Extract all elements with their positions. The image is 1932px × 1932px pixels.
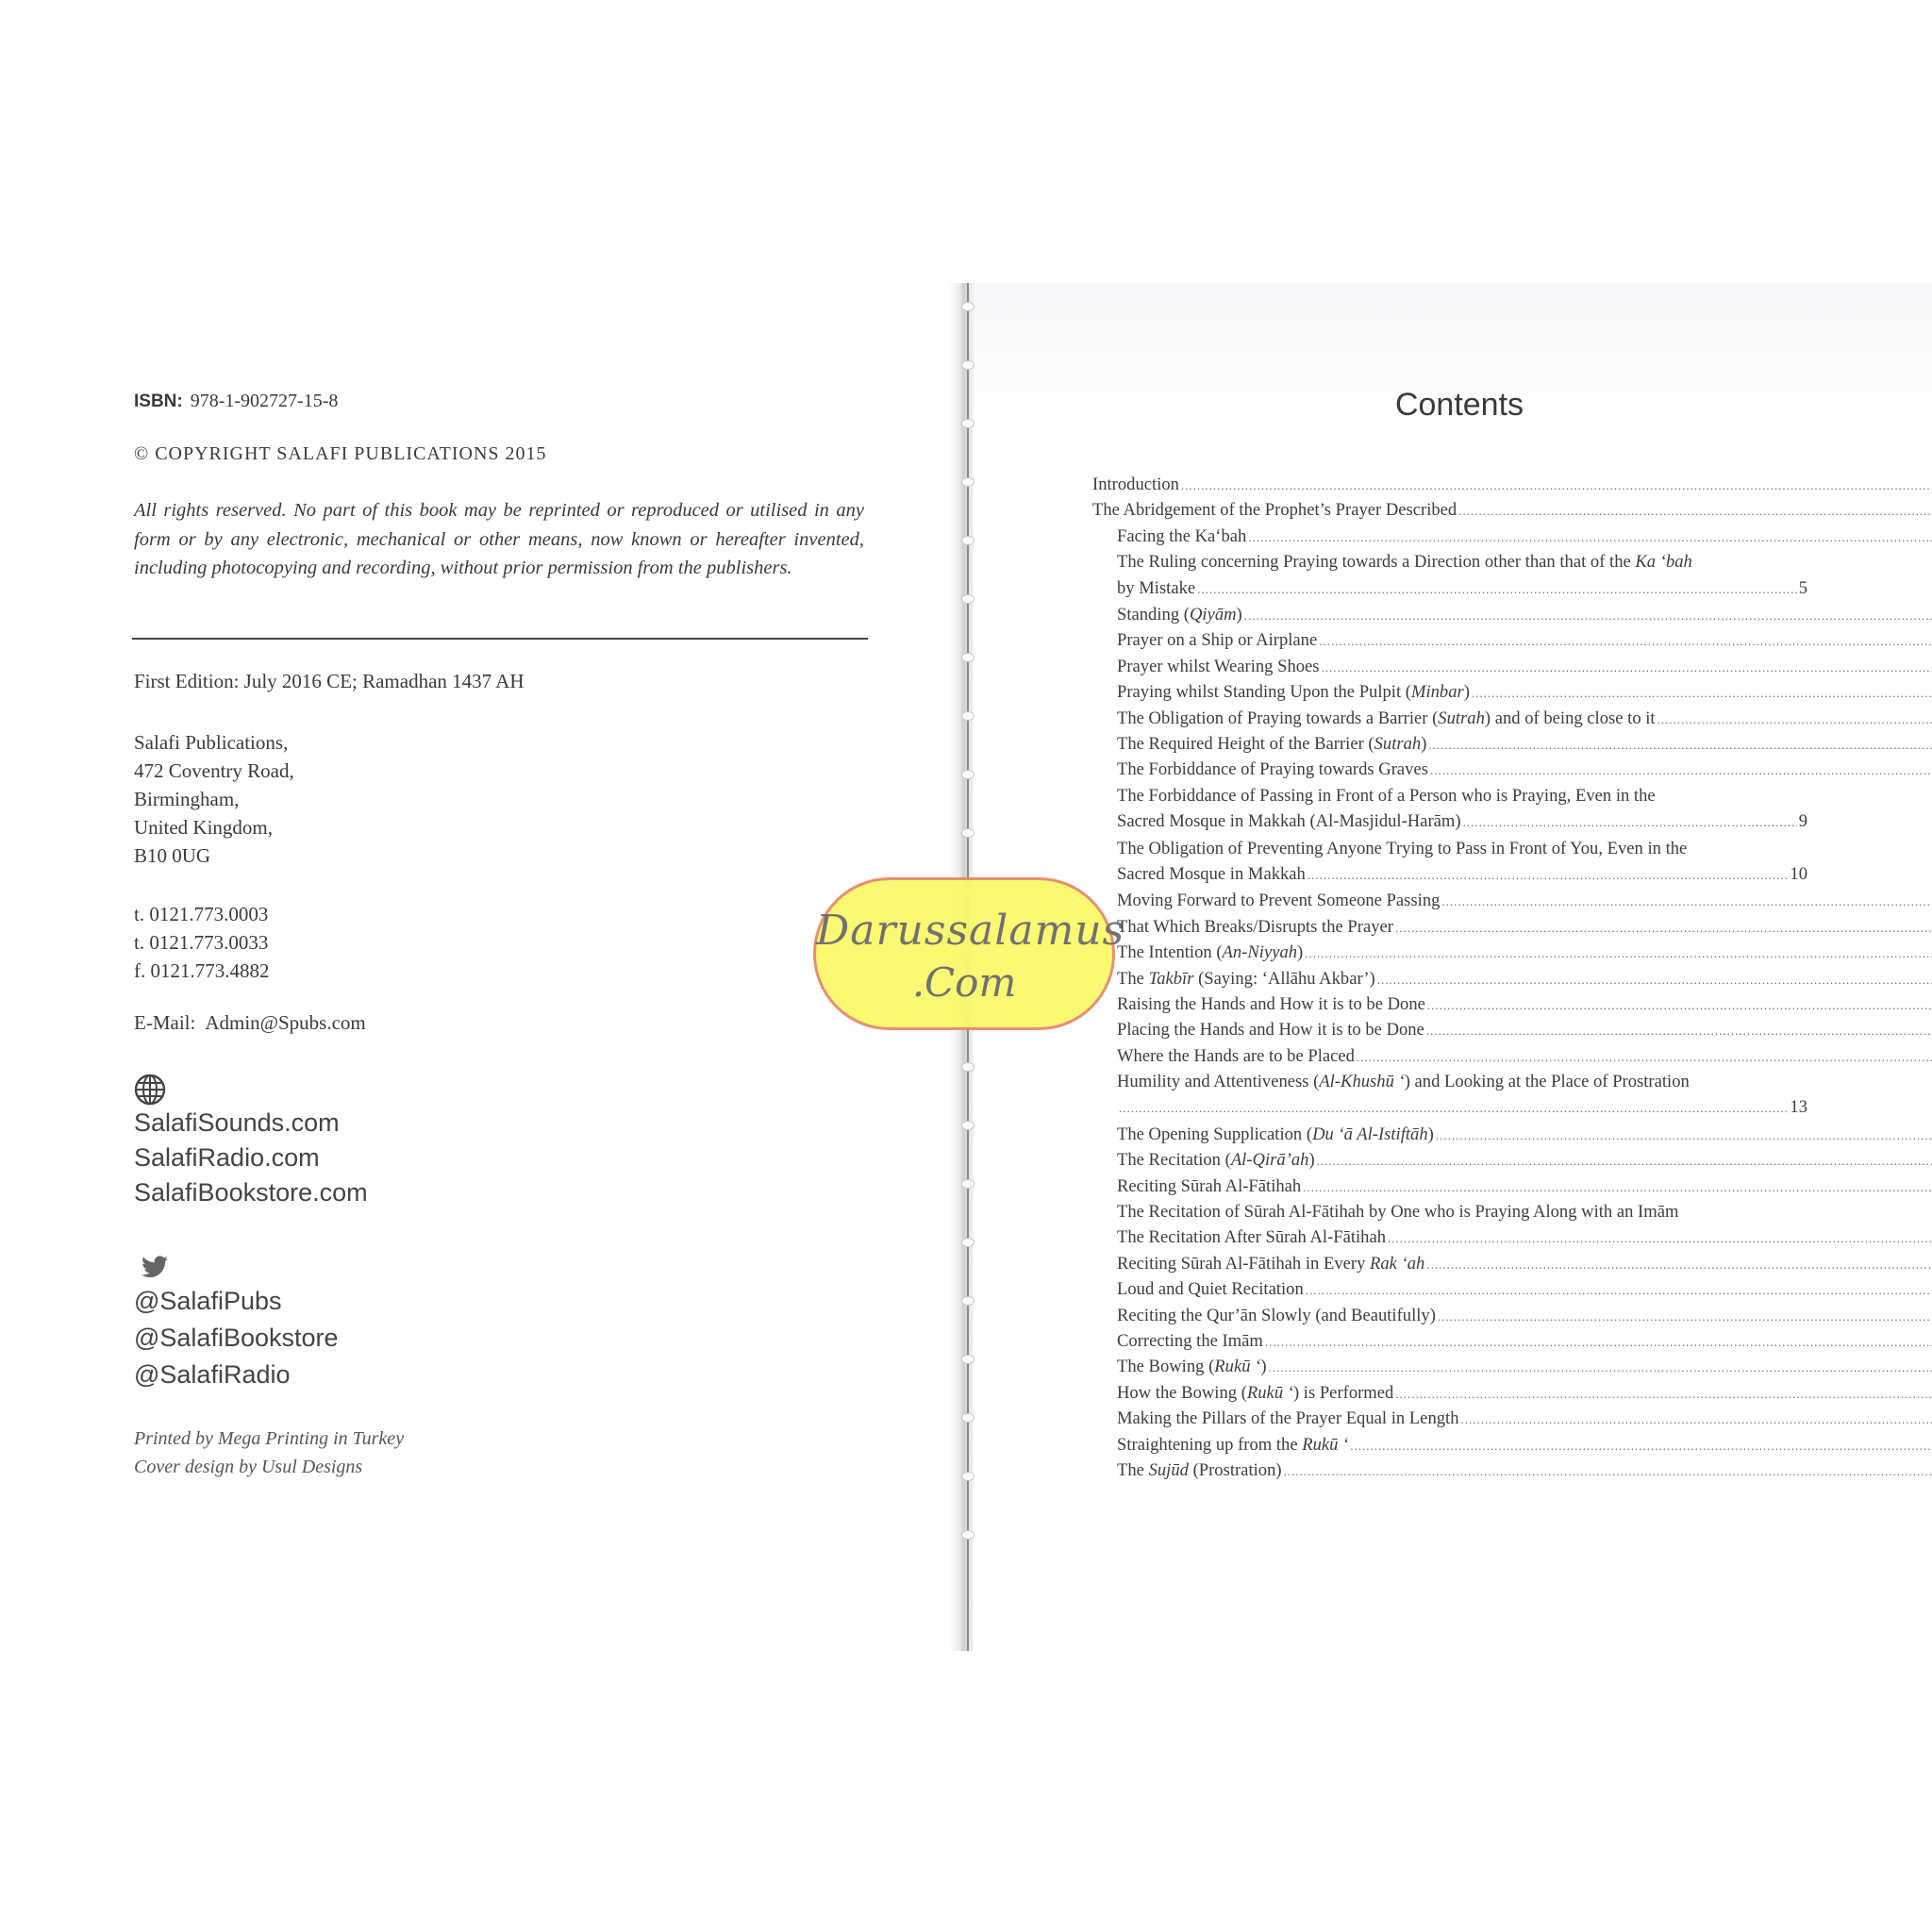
dot-leader	[1357, 1044, 1932, 1070]
toc-entry[interactable]: Where the Hands are to be Placed13	[1092, 1043, 1807, 1069]
binding-stitch	[961, 1121, 974, 1130]
toc-entry[interactable]: Placing the Hands and How it is to be Do…	[1092, 1017, 1807, 1042]
toc-entry-title: The Takbīr (Saying: ‘Allāhu Akbar’)	[1117, 966, 1375, 991]
toc-entry[interactable]: Straightening up from the Rukū ‘20	[1092, 1432, 1807, 1457]
dot-leader	[1317, 1148, 1932, 1174]
dot-leader	[1657, 707, 1932, 732]
toc-entry-title: Loud and Quiet Recitation	[1117, 1276, 1304, 1302]
watermark-badge: Darussalamus .Com	[813, 877, 1115, 1030]
dot-leader	[1428, 732, 1932, 758]
dot-leader	[1319, 628, 1932, 654]
twitter-bird-icon	[142, 1255, 168, 1279]
toc-entry-title: Reciting Sūrah Al-Fātihah	[1117, 1174, 1301, 1199]
dot-leader	[1377, 967, 1932, 992]
toc-entry[interactable]: Raising the Hands and How it is to be Do…	[1092, 991, 1807, 1017]
binding-stitch	[961, 302, 974, 311]
divider-rule	[132, 638, 868, 640]
dot-leader	[1244, 603, 1932, 628]
toc-entry-title: The Recitation of Sūrah Al-Fātihah by On…	[1117, 1199, 1678, 1224]
toc-entry-title: The Intention (An-Niyyah)	[1117, 940, 1303, 965]
toc-entry-title: Humility and Attentiveness (Al-Khushū ‘)…	[1117, 1069, 1690, 1094]
toc-entry[interactable]: The Obligation of Preventing Anyone Tryi…	[1092, 836, 1807, 889]
address-line: Birmingham,	[134, 785, 294, 813]
binding-stitch	[961, 360, 974, 370]
contents-heading: Contents	[1389, 387, 1530, 424]
toc-entry[interactable]: Prayer whilst Wearing Shoes7	[1092, 654, 1807, 679]
email-address: Admin@Spubs.com	[205, 1011, 365, 1034]
toc-entry[interactable]: The Bowing (Rukū ‘)19	[1092, 1354, 1807, 1379]
toc-entry-title: The Forbiddance of Passing in Front of a…	[1117, 783, 1656, 808]
phone-numbers: t. 0121.773.0003 t. 0121.773.0033 f. 012…	[134, 900, 270, 985]
website-link[interactable]: SalafiSounds.com	[134, 1106, 368, 1141]
toc-entry[interactable]: Loud and Quiet Recitation18	[1092, 1276, 1807, 1302]
toc-entry-title: Praying whilst Standing Upon the Pulpit …	[1117, 679, 1470, 705]
watermark-text: Darussalamus	[816, 907, 1112, 955]
address-line: 472 Coventry Road,	[134, 757, 294, 785]
globe-icon	[134, 1074, 166, 1106]
toc-entry[interactable]: The Opening Supplication (Du ‘ā Al-Istif…	[1092, 1122, 1807, 1147]
dot-leader	[1305, 941, 1932, 966]
dot-leader	[1284, 1458, 1932, 1484]
website-link[interactable]: SalafiRadio.com	[134, 1141, 368, 1175]
toc-entry-title: Sacred Mosque in Makkah	[1117, 861, 1306, 887]
binding-stitch	[961, 1472, 974, 1481]
twitter-handles: @SalafiPubs @SalafiBookstore @SalafiRadi…	[134, 1283, 339, 1393]
toc-entry-title: The Obligation of Praying towards a Barr…	[1117, 706, 1656, 731]
toc-entry-title: The Opening Supplication (Du ‘ā Al-Istif…	[1117, 1122, 1434, 1147]
toc-entry[interactable]: The Required Height of the Barrier (Sutr…	[1092, 731, 1807, 757]
toc-entry-title: Reciting Sūrah Al-Fātihah in Every Rak ‘…	[1117, 1251, 1424, 1276]
phone-line: t. 0121.773.0003	[134, 900, 270, 928]
dot-leader	[1461, 1407, 1932, 1432]
toc-entry-title: Standing (Qiyām)	[1117, 602, 1242, 627]
dot-leader	[1438, 1304, 1932, 1329]
dot-leader	[1395, 915, 1932, 941]
dot-leader	[1265, 1329, 1932, 1355]
binding-stitch	[961, 477, 974, 487]
dot-leader	[1303, 1174, 1932, 1200]
binding-stitch	[961, 1355, 974, 1364]
toc-entry-title: The Forbiddance of Praying towards Grave…	[1117, 757, 1428, 782]
printer-credit: Printed by Mega Printing in Turkey	[134, 1424, 404, 1453]
edition-line: First Edition: July 2016 CE; Ramadhan 14…	[134, 670, 525, 693]
toc-entry-title: Straightening up from the Rukū ‘	[1117, 1432, 1348, 1457]
toc-entry[interactable]: The Forbiddance of Passing in Front of a…	[1092, 783, 1807, 836]
dot-leader	[1350, 1433, 1932, 1458]
toc-entry-title: Moving Forward to Prevent Someone Passin…	[1117, 888, 1440, 913]
dot-leader	[1463, 809, 1797, 835]
dot-leader	[1197, 576, 1797, 602]
isbn-label: ISBN:	[134, 391, 183, 411]
toc-entry[interactable]: How the Bowing (Rukū ‘) is Performed19	[1092, 1380, 1807, 1406]
dot-leader	[1436, 1123, 1932, 1148]
toc-entry[interactable]: Introduction1	[1092, 472, 1807, 497]
dot-leader	[1307, 862, 1789, 888]
toc-entry-title: How the Bowing (Rukū ‘) is Performed	[1117, 1380, 1393, 1406]
toc-entry-title: Where the Hands are to be Placed	[1117, 1043, 1355, 1069]
address-line: B10 0UG	[134, 841, 294, 870]
toc-entry-title: Sacred Mosque in Makkah (Al-Masjidul-Har…	[1117, 808, 1461, 834]
dot-leader	[1181, 473, 1932, 498]
dot-leader	[1472, 680, 1932, 706]
toc-entry-title: The Obligation of Preventing Anyone Tryi…	[1117, 836, 1687, 861]
dot-leader	[1426, 1252, 1932, 1277]
toc-entry-title: Correcting the Imām	[1117, 1328, 1263, 1354]
toc-entry[interactable]: The Sujūd (Prostration)21	[1092, 1457, 1807, 1483]
copyright-page: ISBN:978-1-902727-15-8 © COPYRIGHT SALAF…	[0, 283, 955, 1651]
toc-entry[interactable]: The Takbīr (Saying: ‘Allāhu Akbar’)11	[1092, 966, 1807, 991]
binding-stitch	[961, 1296, 974, 1306]
twitter-handle[interactable]: @SalafiRadio	[134, 1357, 339, 1393]
toc-entry-title: Facing the Ka‘bah	[1117, 524, 1246, 549]
toc-entry[interactable]: Standing (Qiyām)6	[1092, 602, 1807, 627]
dot-leader	[1388, 1225, 1932, 1251]
cover-credit: Cover design by Usul Designs	[134, 1453, 404, 1481]
toc-entry-title: The Abridgement of the Prophet’s Prayer …	[1092, 497, 1457, 523]
toc-entry-title: The Recitation After Sūrah Al-Fātihah	[1117, 1224, 1386, 1250]
binding-stitch	[961, 536, 974, 545]
toc-entry[interactable]: The Recitation (Al-Qirā’ah)14	[1092, 1147, 1807, 1173]
toc-entry[interactable]: Correcting the Imām19	[1092, 1328, 1807, 1354]
toc-entry-title: The Sujūd (Prostration)	[1117, 1457, 1282, 1483]
toc-entry[interactable]: Making the Pillars of the Prayer Equal i…	[1092, 1406, 1807, 1431]
toc-entry[interactable]: The Recitation After Sūrah Al-Fātihah17	[1092, 1224, 1807, 1250]
toc-entry[interactable]: Facing the Ka‘bah5	[1092, 524, 1807, 549]
twitter-handle[interactable]: @SalafiBookstore	[134, 1320, 339, 1357]
dot-leader	[1458, 498, 1932, 524]
toc-entry[interactable]: Humility and Attentiveness (Al-Khushū ‘)…	[1092, 1069, 1807, 1122]
dot-leader	[1248, 525, 1932, 550]
toc-page-number: 10	[1790, 861, 1807, 887]
dot-leader	[1269, 1355, 1932, 1380]
toc-entry[interactable]: The Obligation of Praying towards a Barr…	[1092, 706, 1807, 731]
toc-page-number: 9	[1799, 808, 1807, 834]
publisher-address: Salafi Publications, 472 Coventry Road, …	[134, 728, 294, 870]
toc-page-number: 13	[1790, 1094, 1807, 1120]
toc-entry-title: The Required Height of the Barrier (Sutr…	[1117, 731, 1426, 757]
phone-line: t. 0121.773.0033	[134, 928, 270, 957]
toc-entry-title: The Recitation (Al-Qirā’ah)	[1117, 1147, 1315, 1173]
toc-entry[interactable]: The Recitation of Sūrah Al-Fātihah by On…	[1092, 1199, 1807, 1224]
rights-statement: All rights reserved. No part of this boo…	[134, 496, 864, 583]
binding-stitch	[961, 419, 974, 428]
toc-entry[interactable]: Moving Forward to Prevent Someone Passin…	[1092, 888, 1807, 913]
binding-stitch	[961, 1238, 974, 1247]
toc-entry[interactable]: The Forbiddance of Praying towards Grave…	[1092, 757, 1807, 782]
binding-stitch	[961, 1413, 974, 1423]
toc-page-number: 5	[1799, 575, 1807, 601]
toc-entry-title: Prayer whilst Wearing Shoes	[1117, 654, 1320, 679]
toc-entry[interactable]: Reciting Sūrah Al-Fātihah15	[1092, 1174, 1807, 1199]
toc-entry-title: Raising the Hands and How it is to be Do…	[1117, 991, 1425, 1017]
email-label: E-Mail:	[134, 1011, 195, 1034]
toc-entry[interactable]: The Abridgement of the Prophet’s Prayer …	[1092, 497, 1807, 523]
watermark-domain: .Com	[816, 959, 1112, 1006]
dot-leader	[1426, 1018, 1932, 1043]
binding-stitch	[961, 770, 974, 779]
isbn-line: ISBN:978-1-902727-15-8	[134, 391, 338, 412]
toc-entry[interactable]: The Ruling concerning Praying towards a …	[1092, 549, 1807, 602]
fax-line: f. 0121.773.4882	[134, 957, 270, 985]
toc-entry[interactable]: The Intention (An-Niyyah)11	[1092, 940, 1807, 965]
website-link[interactable]: SalafiBookstore.com	[134, 1175, 368, 1210]
toc-entry[interactable]: Prayer on a Ship or Airplane6	[1092, 627, 1807, 653]
dot-leader	[1306, 1277, 1932, 1303]
print-credits: Printed by Mega Printing in Turkey Cover…	[134, 1424, 404, 1481]
binding-stitch	[961, 828, 974, 838]
isbn-value: 978-1-902727-15-8	[191, 391, 339, 411]
dot-leader	[1119, 1095, 1788, 1121]
dot-leader	[1441, 889, 1932, 914]
website-list: SalafiSounds.com SalafiRadio.com SalafiB…	[134, 1106, 368, 1210]
toc-entry-title: Reciting the Qur’ān Slowly (and Beautifu…	[1117, 1303, 1436, 1328]
toc-entry-title: Prayer on a Ship or Airplane	[1117, 627, 1317, 653]
binding-stitch	[961, 653, 974, 662]
binding-stitch	[961, 1179, 974, 1189]
twitter-handle[interactable]: @SalafiPubs	[134, 1283, 339, 1320]
toc-entry-title: That Which Breaks/Disrupts the Prayer	[1117, 914, 1393, 940]
toc-entry-title: The Ruling concerning Praying towards a …	[1117, 549, 1692, 575]
binding-stitch	[961, 594, 974, 604]
email-line: E-Mail:Admin@Spubs.com	[134, 1011, 366, 1035]
address-line: United Kingdom,	[134, 813, 294, 841]
table-of-contents: Introduction1The Abridgement of the Prop…	[1092, 472, 1807, 1483]
toc-entry[interactable]: Reciting the Qur’ān Slowly (and Beautifu…	[1092, 1303, 1807, 1328]
copyright-notice: © COPYRIGHT SALAFI PUBLICATIONS 2015	[134, 443, 547, 465]
binding-stitch	[961, 1062, 974, 1072]
toc-entry-title: The Bowing (Rukū ‘)	[1117, 1354, 1267, 1379]
binding-stitch	[961, 1530, 974, 1540]
dot-leader	[1322, 655, 1932, 680]
toc-entry[interactable]: That Which Breaks/Disrupts the Prayer10	[1092, 914, 1807, 940]
binding-stitch	[961, 711, 974, 721]
toc-entry[interactable]: Praying whilst Standing Upon the Pulpit …	[1092, 679, 1807, 705]
toc-entry-title: Placing the Hands and How it is to be Do…	[1117, 1017, 1424, 1042]
toc-entry-title: Introduction	[1092, 472, 1179, 497]
dot-leader	[1430, 758, 1932, 783]
toc-entry[interactable]: Reciting Sūrah Al-Fātihah in Every Rak ‘…	[1092, 1251, 1807, 1276]
toc-entry-title: by Mistake	[1117, 575, 1195, 601]
toc-entry-title: Making the Pillars of the Prayer Equal i…	[1117, 1406, 1459, 1431]
dot-leader	[1395, 1381, 1932, 1407]
address-line: Salafi Publications,	[134, 728, 294, 757]
dot-leader	[1427, 992, 1932, 1018]
